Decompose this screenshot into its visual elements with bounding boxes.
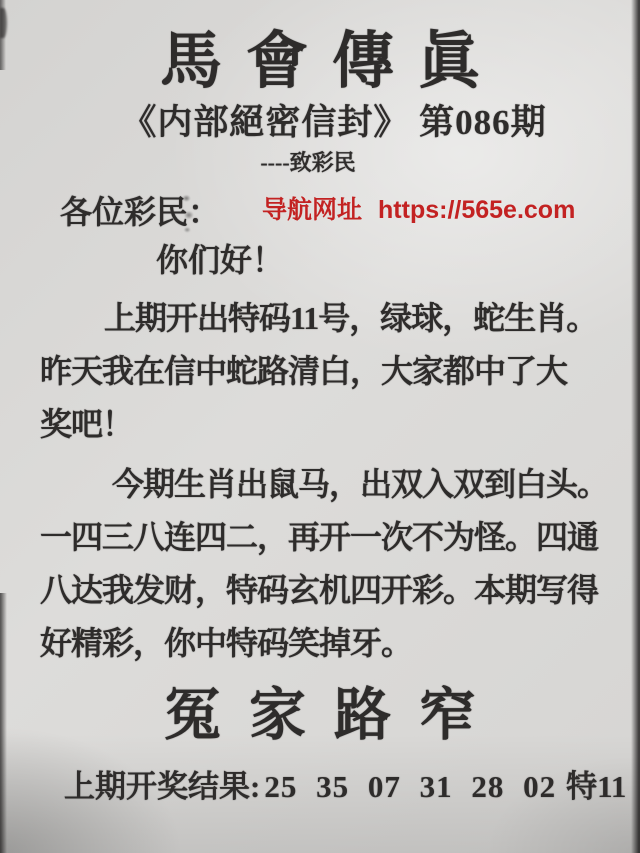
result-numbers: 25 35 07 31 28 02 (264, 769, 556, 804)
fax-sheet-photo: 馬會傳眞 《内部絕密信封》 第086期 ----致彩民 各位彩民： 导航网址 h… (0, 0, 640, 853)
sheet-title: 馬會傳眞 (40, 26, 600, 98)
nav-url-label: 导航网址 (262, 194, 362, 226)
paragraph-line: 今期生肖出鼠马，出双入双到白头。 (40, 458, 600, 511)
greeting-text: 你们好！ (156, 240, 600, 280)
slogan-text: 冤家路窄 (40, 682, 600, 750)
sheet-content: 馬會傳眞 《内部絕密信封》 第086期 ----致彩民 各位彩民： 导航网址 h… (0, 26, 640, 808)
last-draw-result: 上期开奖结果:25 35 07 31 28 02特11 (64, 766, 600, 808)
sheet-dedication: ----致彩民 (28, 150, 588, 176)
salutation-row: 各位彩民： 导航网址 https://565e.com (40, 192, 600, 232)
sheet-subtitle: 《内部絕密信封》 第086期 (54, 102, 614, 144)
paragraph-line: 一四三八连四二，再开一次不为怪。四通 (40, 511, 600, 564)
salutation-text: 各位彩民： (60, 192, 220, 232)
paragraph-line: 八达我发财，特码玄机四开彩。本期写得 (40, 564, 600, 617)
result-label: 上期开奖结果: (64, 769, 260, 804)
result-special-number: 特11 (566, 769, 626, 804)
nav-url-overlay: 导航网址 https://565e.com (262, 194, 575, 226)
paragraph-line: 昨天我在信中蛇路清白，大家都中了大 (40, 345, 600, 398)
nav-url-address: https://565e.com (378, 194, 575, 226)
paragraph-1: 上期开出特码11号，绿球，蛇生肖。 昨天我在信中蛇路清白，大家都中了大 奖吧！ (40, 292, 600, 451)
paragraph-line: 上期开出特码11号，绿球，蛇生肖。 (40, 292, 600, 345)
paragraph-line: 好精彩，你中特码笑掉牙。 (40, 617, 600, 670)
paragraph-2: 今期生肖出鼠马，出双入双到白头。 一四三八连四二，再开一次不为怪。四通 八达我发… (40, 458, 600, 670)
paragraph-line: 奖吧！ (40, 398, 600, 451)
